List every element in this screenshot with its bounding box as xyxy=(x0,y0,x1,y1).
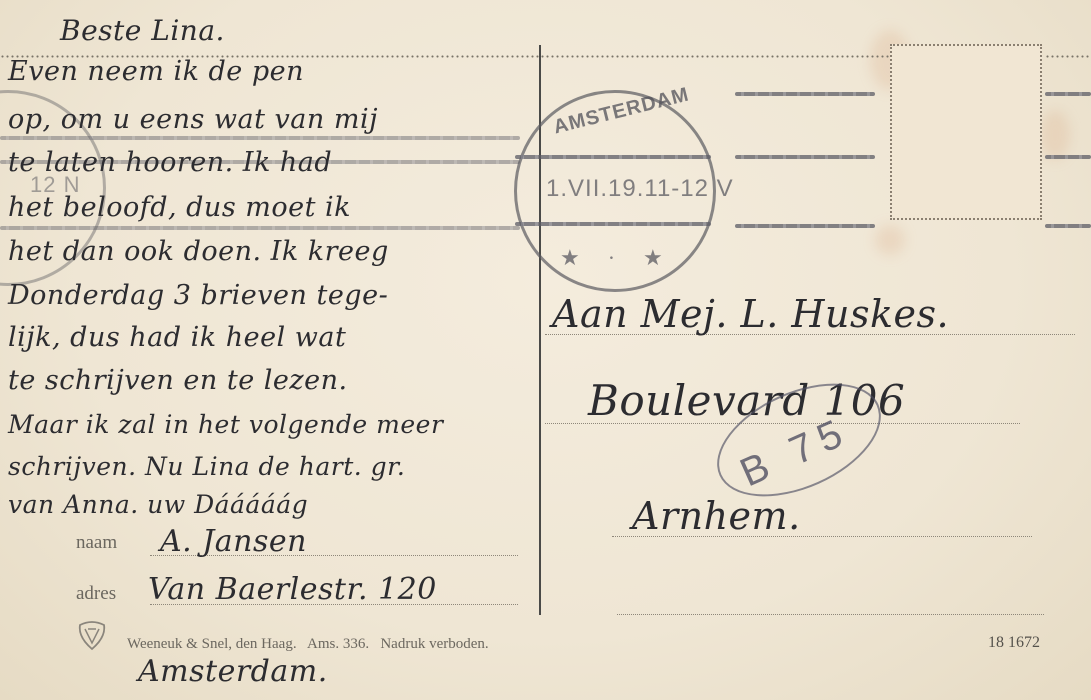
recipient-name: Aan Mej. L. Huskes. xyxy=(552,292,949,336)
message-line: op, om u eens wat van mij xyxy=(8,104,378,135)
salutation: Beste Lina. xyxy=(60,14,225,47)
address-label: adres xyxy=(76,583,116,605)
catalog-number: 18 1672 xyxy=(988,634,1040,652)
publisher-line: Weeneuk & Snel, den Haag. Ams. 336. Nadr… xyxy=(127,636,489,653)
postmark-stars-icon: ★·★ xyxy=(560,245,691,271)
postmark-date: 1.VII.19.11-12 V xyxy=(546,175,734,203)
cancel-bar xyxy=(735,224,875,228)
postmark-bar xyxy=(515,222,711,226)
cancel-bar xyxy=(735,92,875,96)
stamp-placeholder xyxy=(890,44,1042,220)
postcard-back: AMSTERDAM 1.VII.19.11-12 V ★·★ 12 N Best… xyxy=(0,0,1091,700)
publisher-logo-icon xyxy=(76,619,108,651)
top-perforated-rule-right xyxy=(1045,55,1091,58)
message-line: schrijven. Nu Lina de hart. gr. xyxy=(8,452,405,481)
cancel-bar xyxy=(1045,224,1091,228)
message-line: het dan ook doen. Ik kreeg xyxy=(8,236,389,267)
message-line: te laten hooren. Ik had xyxy=(8,147,332,178)
sender-address: Van Baerlestr. 120 xyxy=(148,572,437,607)
message-line: Maar ik zal in het volgende meer xyxy=(8,410,443,439)
message-line: lijk, dus had ik heel wat xyxy=(8,322,346,353)
cancel-bar xyxy=(1045,92,1091,96)
sender-city: Amsterdam. xyxy=(138,654,328,689)
recipient-line-4 xyxy=(617,614,1044,616)
postmark-bar xyxy=(515,155,711,159)
message-line: van Anna. uw Dááááág xyxy=(8,490,308,519)
cancel-bar xyxy=(735,155,875,159)
cancel-bar xyxy=(1045,155,1091,159)
message-line: Even neem ik de pen xyxy=(8,56,304,87)
sender-name: A. Jansen xyxy=(160,524,307,559)
recipient-city: Arnhem. xyxy=(632,494,801,538)
message-line: het beloofd, dus moet ik xyxy=(8,192,351,223)
stain xyxy=(1040,110,1070,160)
message-line: te schrijven en te lezen. xyxy=(8,365,348,396)
stain xyxy=(875,225,905,255)
name-label: naam xyxy=(76,532,117,554)
message-line: Donderdag 3 brieven tege- xyxy=(8,280,388,311)
